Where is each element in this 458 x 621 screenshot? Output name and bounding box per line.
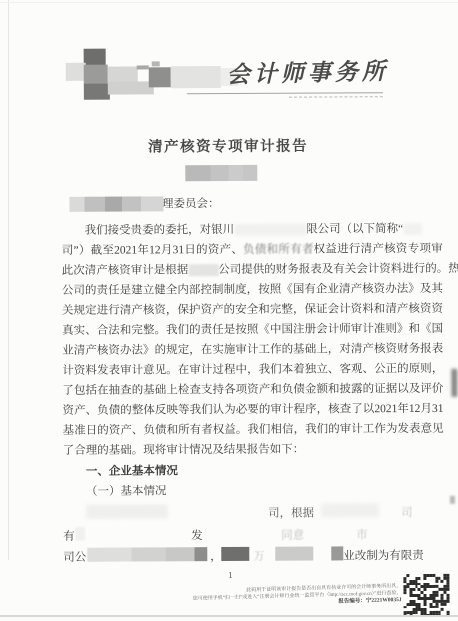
intro-line-9: 了包括在抽查的基础上检查支持各项资产和负债金额和披露的证据以及评价各 bbox=[62, 379, 443, 401]
section-1-heading: 一、企业基本情况 bbox=[63, 460, 444, 482]
photo-margin bbox=[0, 617, 458, 621]
verification-note: 此码用于证明该审计报告是否出自具有执业许可的会计师事务所出具， 您可使用手机“扫… bbox=[129, 584, 401, 611]
redaction-block-addressee bbox=[69, 196, 163, 211]
redaction-block-subtitle bbox=[185, 165, 257, 181]
redacted-line-c: 司公 ， 万 业改制为有限责 bbox=[63, 543, 444, 566]
redaction-blur bbox=[321, 503, 379, 517]
section-1-subheading: （一）基本情况 bbox=[63, 480, 444, 502]
intro-paragraph: 我们接受贵委的委托，对银川限公司（以下简称“ 司”）截至2021年12月31日的… bbox=[62, 219, 445, 566]
intro-line-1: 我们接受贵委的委托，对银川限公司（以下简称“ bbox=[62, 219, 443, 241]
intro-line-4: 公司的责任是建立健全内部控制制度，按照《国有企业清产核资办法》及其他有 bbox=[62, 279, 443, 301]
intro-line-2: 司”）截至2021年12月31日的资产、负债和所有者权益进行清产核资专项审计。 bbox=[62, 239, 443, 261]
intro-line-12: 了合理的基础。现将审计情况及结果报告如下： bbox=[63, 439, 444, 461]
intro-line-8: 计资料发表审计意见。在审计过程中，我们本着独立、客观、公正的原则，实施 bbox=[62, 359, 443, 381]
letterhead-rule bbox=[187, 92, 383, 94]
intro-line-5: 关规定进行清产核资，保护资产的安全和完整，保证会计资料和清产核资资料的 bbox=[62, 299, 443, 321]
redaction-blur bbox=[188, 264, 218, 276]
report-title: 清产核资专项审计报告 bbox=[0, 134, 457, 157]
blurred-text: 负债和所有者 bbox=[243, 244, 314, 256]
intro-line-10: 资产、负债的整体反映等我们认为必要的审计程序，核查了以2021年12月31日 bbox=[62, 399, 443, 421]
redaction-block bbox=[331, 546, 343, 560]
addressee-line: 管理委员会： bbox=[0, 194, 457, 214]
intro-line-6: 真实、合法和完整。我们的责任是按照《中国注册会计师审计准则》和《国有企 bbox=[62, 319, 443, 341]
intro-line-3: 此次清产核资审计是根据公司提供的财务报表及有关会计资料进行的。热力 bbox=[62, 259, 443, 281]
redaction-block-dark bbox=[221, 547, 249, 561]
scanned-audit-report-page: 会计师事务所 清产核资专项审计报告 管理委员会： 我们接受贵委的委托，对银川限公… bbox=[0, 0, 458, 621]
redaction-blur bbox=[75, 526, 85, 540]
redaction-blur bbox=[403, 223, 421, 235]
redacted-line-b: 有 发 同意 市 bbox=[63, 521, 444, 544]
letterhead-dashed-rule bbox=[289, 96, 383, 97]
redacted-line-a: 司，根据 司 bbox=[63, 500, 444, 523]
redaction-block bbox=[165, 547, 207, 561]
redaction-block bbox=[275, 547, 313, 561]
scan-smudge bbox=[450, 496, 455, 504]
letterhead-firm-name: 会计师事务所 bbox=[226, 53, 397, 90]
scan-smudge bbox=[451, 369, 457, 397]
redaction-blur bbox=[234, 224, 306, 236]
intro-line-7: 业清产核资办法》的规定，在实施审计工作的基础上，对清产核资财务报表及会 bbox=[62, 339, 443, 361]
page-content: 会计师事务所 清产核资专项审计报告 管理委员会： 我们接受贵委的委托，对银川限公… bbox=[0, 0, 458, 621]
page-number: 1 bbox=[1, 569, 458, 581]
redaction-blur bbox=[86, 504, 168, 518]
redaction-block bbox=[131, 547, 165, 561]
redaction-block bbox=[87, 548, 131, 562]
intro-line-11: 基准日的资产、负债和所有者权益。我们相信，我们的审计工作为发表意见提供 bbox=[63, 419, 444, 441]
qr-code bbox=[403, 574, 449, 617]
